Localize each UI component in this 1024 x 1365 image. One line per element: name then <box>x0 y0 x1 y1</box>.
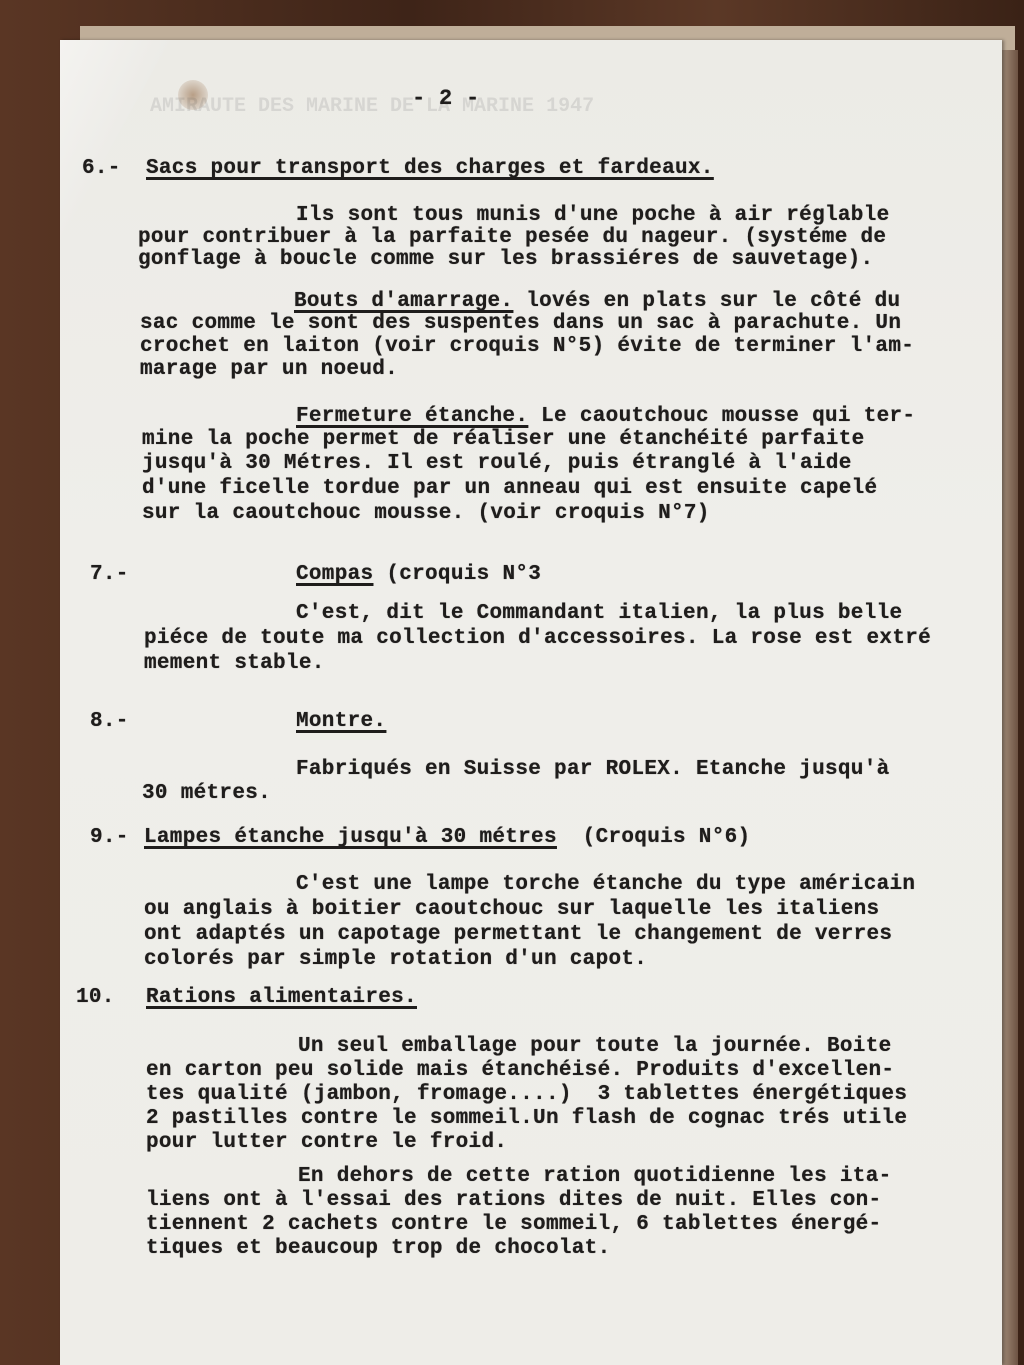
section-6-p1-line3: gonflage à boucle comme sur les brassiér… <box>138 248 873 271</box>
section-10-p1-line2: en carton peu solide mais étanchéisé. Pr… <box>146 1059 894 1082</box>
section-8-number: 8.- <box>90 710 129 733</box>
section-7-title: Compas <box>296 563 373 586</box>
section-10-p1-line1: Un seul emballage pour toute la journée.… <box>298 1035 892 1058</box>
section-8-title: Montre. <box>296 710 386 733</box>
section-6-p1-line1: Ils sont tous munis d'une poche à air ré… <box>296 204 890 227</box>
section-8-line1: Fabriqués en Suisse par ROLEX. Etanche j… <box>296 758 890 781</box>
section-10-p1-line5: pour lutter contre le froid. <box>146 1131 507 1154</box>
section-9-number: 9.- <box>90 826 129 849</box>
fermeture-etanche-heading: Fermeture étanche. <box>296 405 528 428</box>
section-9-line1: C'est une lampe torche étanche du type a… <box>296 873 915 896</box>
section-6-p2-line1: lovés en plats sur le côté du <box>513 290 900 313</box>
section-6-p2-line4: marage par un noeud. <box>140 358 398 381</box>
section-6-p2-heading-row: Bouts d'amarrage. lovés en plats sur le … <box>294 290 900 313</box>
section-6-p3-line4: d'une ficelle tordue par un anneau qui e… <box>142 477 877 500</box>
section-7-line3: mement stable. <box>144 652 325 675</box>
section-10-p1-line4: 2 pastilles contre le sommeil.Un flash d… <box>146 1107 907 1130</box>
section-9-title-row: Lampes étanche jusqu'à 30 métres (Croqui… <box>144 826 750 849</box>
section-7-number: 7.- <box>90 563 129 586</box>
section-7-line2: piéce de toute ma collection d'accessoir… <box>144 627 931 650</box>
curled-page-corner <box>60 40 170 240</box>
section-6-p3-line5: sur la caoutchouc mousse. (voir croquis … <box>142 502 710 525</box>
section-7-title-row: Compas (croquis N°3 <box>296 563 541 586</box>
section-10-p2-line4: tiques et beaucoup trop de chocolat. <box>146 1237 610 1260</box>
section-6-p2-line3: crochet en laiton (voir croquis N°5) évi… <box>140 335 914 358</box>
section-6-title: Sacs pour transport des charges et farde… <box>146 157 714 180</box>
section-9-line3: ont adaptés un capotage permettant le ch… <box>144 923 892 946</box>
section-6-p3-line3: jusqu'à 30 Métres. Il est roulé, puis ét… <box>142 452 852 475</box>
section-6-p1-line2: pour contribuer à la parfaite pesée du n… <box>138 226 886 249</box>
section-9-line2: ou anglais à boitier caoutchouc sur laqu… <box>144 898 879 921</box>
section-6-p2-line2: sac comme le sont des suspentes dans un … <box>140 312 901 335</box>
section-10-p1-line3: tes qualité (jambon, fromage....) 3 tabl… <box>146 1083 907 1106</box>
underlying-sheet-edge <box>1000 50 1018 1365</box>
section-6-p3-heading-row: Fermeture étanche. Le caoutchouc mousse … <box>296 405 915 428</box>
section-10-p2-line1: En dehors de cette ration quotidienne le… <box>298 1165 892 1188</box>
section-9-title-suffix: (Croquis N°6) <box>557 826 751 849</box>
bouts-amarrage-heading: Bouts d'amarrage. <box>294 290 513 313</box>
section-7-title-suffix: (croquis N°3 <box>373 563 541 586</box>
section-6-p3-line2: mine la poche permet de réaliser une éta… <box>142 428 865 451</box>
bleed-through-text: AMIRAUTE DES MARINE DE LA MARINE 1947 <box>150 95 594 118</box>
section-6-number: 6.- <box>82 157 121 180</box>
section-8-line2: 30 métres. <box>142 782 271 805</box>
section-9-line4: colorés par simple rotation d'un capot. <box>144 948 647 971</box>
section-9-title: Lampes étanche jusqu'à 30 métres <box>144 826 557 849</box>
section-10-p2-line3: tiennent 2 cachets contre le sommeil, 6 … <box>146 1213 881 1236</box>
page-number: - 2 - <box>412 86 480 111</box>
section-10-title: Rations alimentaires. <box>146 986 417 1009</box>
section-10-p2-line2: liens ont à l'essai des rations dites de… <box>146 1189 881 1212</box>
section-7-line1: C'est, dit le Commandant italien, la plu… <box>296 602 902 625</box>
section-10-number: 10. <box>76 986 115 1009</box>
section-6-p3-line1: Le caoutchouc mousse qui ter- <box>528 405 915 428</box>
